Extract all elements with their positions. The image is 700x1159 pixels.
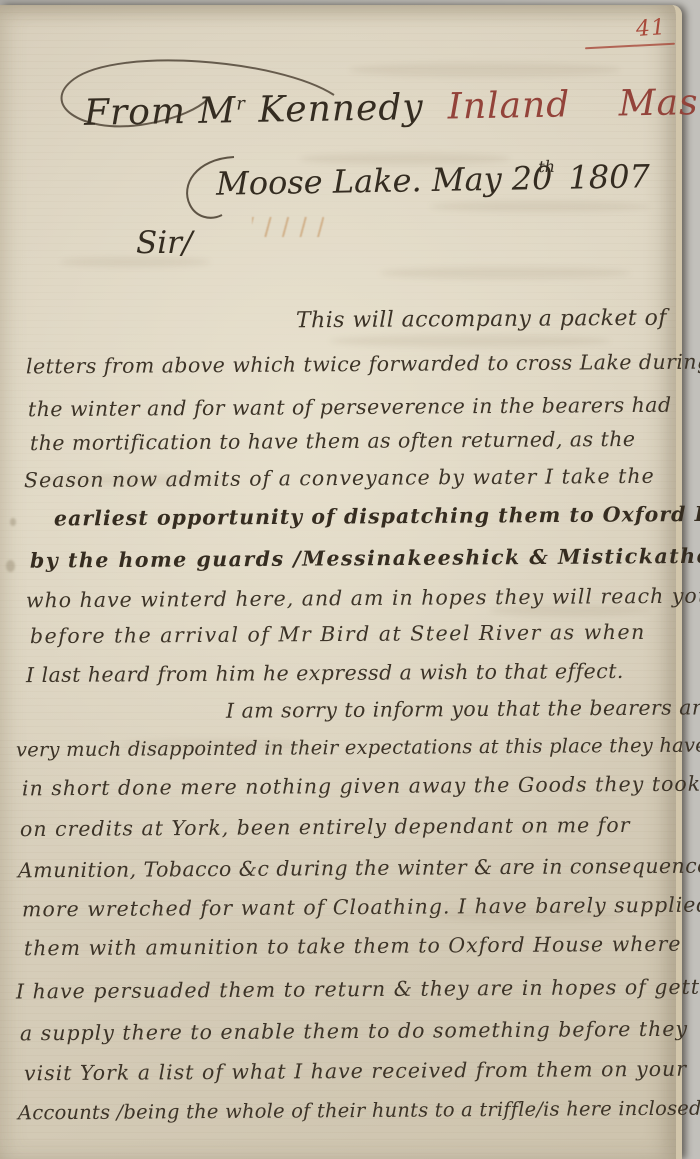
letter-line: Accounts /being the whole of their hunts… (18, 1097, 700, 1125)
heading-title-red: Inland Master (447, 81, 700, 127)
bleedthrough-smudge (330, 335, 610, 347)
heading-from-prefix: From M (84, 90, 237, 134)
letter-line: I last heard from him he expressd a wish… (26, 659, 624, 687)
letter-line: letters from above which twice forwarded… (26, 350, 700, 379)
paper-stain (10, 518, 16, 526)
paper-stain (6, 560, 15, 572)
letter-line: Season now admits of a conveyance by wat… (24, 464, 655, 492)
letter-line: visit York a list of what I have receive… (24, 1057, 687, 1086)
dateline-year: 1807 (568, 157, 650, 196)
letter-line: I am sorry to inform you that the bearer… (226, 695, 700, 722)
dateline: Moose Lake. May20th1807 (216, 157, 651, 203)
dateline-day-suffix: th (538, 157, 540, 176)
tally-marks (252, 217, 324, 237)
heading-mr-superscript: r (236, 93, 246, 114)
letter-line: before the arrival of Mr Bird at Steel R… (30, 620, 646, 648)
letter-line: earliest opportunity of dispatching them… (54, 501, 700, 530)
letter-line: I have persuaded them to return & they a… (16, 974, 700, 1003)
letter-line: Amunition, Tobacco &c during the winter … (18, 854, 700, 883)
bleedthrough-smudge (350, 63, 620, 77)
letter-line: very much disappointed in their expectat… (16, 734, 700, 762)
letter-line: This will accompany a packet of (296, 306, 667, 334)
letter-line: the winter and for want of perseverence … (28, 393, 672, 421)
letter-line: in short done mere nothing given away th… (22, 772, 700, 801)
bleedthrough-smudge (430, 201, 650, 212)
bleedthrough-smudge (380, 267, 630, 279)
letter-line: them with amunition to take them to Oxfo… (24, 932, 682, 961)
archival-scan: 41 From Mr KennedyInland Master Moose La… (0, 0, 700, 1159)
heading-from-name: Kennedy (258, 87, 424, 131)
letter-line: the mortification to have them as often … (30, 427, 636, 455)
folio-underline (585, 43, 675, 50)
letter-line: more wretched for want of Cloathing. I h… (22, 893, 700, 922)
salutation: Sir/ (136, 225, 192, 261)
letter-line: a supply there to enable them to do some… (20, 1017, 688, 1046)
folio-number: 41 (635, 15, 667, 42)
dateline-place: Moose Lake. May (216, 160, 502, 203)
letter-line: on credits at York, been entirely depend… (20, 813, 631, 841)
letter-line: who have winterd here, and am in hopes t… (26, 584, 700, 613)
letter-heading: From Mr KennedyInland Master (84, 81, 700, 134)
letter-line: by the home guards /Messinakeeshick & Mi… (30, 543, 700, 572)
manuscript-page: 41 From Mr KennedyInland Master Moose La… (0, 5, 682, 1159)
